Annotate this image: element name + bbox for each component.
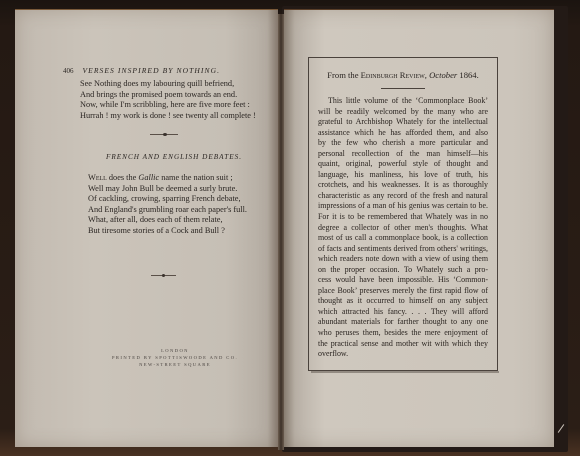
body-line: the practical sense and mother wit with … (318, 339, 488, 350)
body-line: place Book’ preserves merely the first r… (318, 286, 488, 297)
year: 1864. (457, 70, 478, 80)
verse-ending: See Nothing does my labouring quill befr… (80, 79, 256, 121)
body-line: by the few who cherish a more particular… (318, 138, 488, 149)
poem-line: Of cackling, crowing, sparring French de… (88, 194, 247, 205)
book-gutter (278, 14, 284, 450)
drop-word: Well (88, 173, 107, 182)
body-line: cess would have been impossible. His ‘Co… (318, 275, 488, 286)
poem-line: What, after all, does each of them relat… (88, 215, 247, 226)
italic-word: Gallic (138, 173, 159, 182)
poem-french-english-debates: Well does the Gallic name the nation sui… (88, 173, 247, 237)
ornament-dot (163, 133, 167, 136)
body-line: overflow. (318, 349, 488, 360)
body-line: of facts and sentiments derived from oth… (318, 244, 488, 255)
body-line: who peruses them, besides the mere enjoy… (318, 328, 488, 339)
imprint-line: NEW-STREET SQUARE (100, 361, 250, 368)
poem-line: Well may John Bull be deemed a surly bru… (88, 184, 247, 195)
body-line: most of us call a commonplace book, is a… (318, 233, 488, 244)
body-line: thought as it occurred to himself on any… (318, 296, 488, 307)
body-line: language, his manliness, his love of tru… (318, 170, 488, 181)
text-span: does the (107, 173, 139, 182)
poem-line: But tiresome stories of a Cock and Bull … (88, 226, 247, 237)
body-line: on the proper occasion. To Whately such … (318, 265, 488, 276)
verse-line: And brings the promised poem towards an … (80, 90, 256, 101)
text-span: From the (327, 70, 360, 80)
ornament-dot (162, 274, 165, 277)
poem-line: And England's grumbling roar each paper'… (88, 205, 247, 216)
body-line: personal recollection of the man himself… (318, 149, 488, 160)
body-line: degree a collector of other men's though… (318, 223, 488, 234)
body-line: assistance which he has afforded them, a… (318, 128, 488, 139)
running-title: VERSES INSPIRED BY NOTHING. (82, 66, 220, 75)
heading-rule (381, 88, 425, 89)
review-quote-box: From the Edinburgh Review, October 1864.… (308, 57, 498, 371)
printer-imprint: LONDON PRINTED BY SPOTTISWOODE AND CO. N… (100, 347, 250, 368)
body-line: impressions of a man of his genius was c… (318, 201, 488, 212)
month: October (429, 70, 457, 80)
body-line: quaint, original, powerful style of thou… (318, 159, 488, 170)
review-heading: From the Edinburgh Review, October 1864. (309, 70, 497, 80)
verse-line: Hurrah ! my work is done ! see twenty al… (80, 111, 256, 122)
body-line: For it is to be remembered that Whately … (318, 212, 488, 223)
imprint-line: LONDON (100, 347, 250, 354)
poem-title: FRENCH AND ENGLISH DEBATES. (106, 153, 242, 161)
poem-line: Well does the Gallic name the nation sui… (88, 173, 247, 184)
imprint-line: PRINTED BY SPOTTISWOODE AND CO. (100, 354, 250, 361)
publication-name: Edinburgh Review (361, 70, 425, 80)
review-body: This little volume of the ‘Commonplace B… (318, 96, 488, 360)
verse-line: Now, while I'm scribbling, here are five… (80, 100, 256, 111)
running-head: 406 VERSES INSPIRED BY NOTHING. (63, 66, 263, 75)
body-line: which attracted his fancy. . . . They wi… (318, 307, 488, 318)
text-span: name the nation suit ; (159, 173, 233, 182)
body-line: This little volume of the ‘Commonplace B… (318, 96, 488, 107)
page-number: 406 (63, 67, 74, 75)
body-line: characteristic as any record of the fres… (318, 191, 488, 202)
body-line: which readers note down with a view of u… (318, 254, 488, 265)
body-line: will be readily welcomed by the many who… (318, 107, 488, 118)
verse-line: See Nothing does my labouring quill befr… (80, 79, 256, 90)
body-line: abundant materials for farther thought t… (318, 317, 488, 328)
body-line: grateful to Archbishop Whately for the i… (318, 117, 488, 128)
body-line: crotchets, and his weaknesses. It is as … (318, 180, 488, 191)
